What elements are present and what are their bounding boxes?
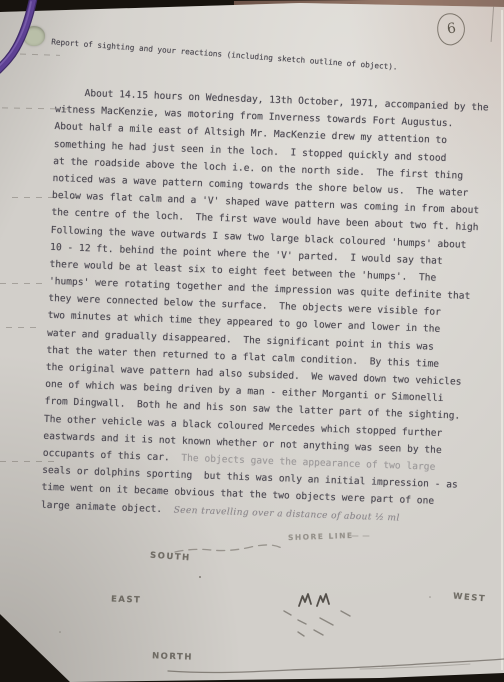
hump-sketch (299, 594, 311, 606)
report-text: About 14.15 hours on Wednesday, 13th Oct… (41, 84, 502, 529)
document-photo: EReport of sighting and your reactions (… (0, 0, 504, 682)
sketch-label-north: NORTH (152, 651, 193, 662)
margin-artifact (12, 197, 78, 198)
sketch-label-south: SOUTH (150, 551, 191, 564)
typed-text: large animate object. (41, 499, 174, 515)
margin-artifact (2, 107, 74, 109)
margin-artifact (0, 461, 58, 462)
margin-artifact (6, 327, 40, 328)
shore-line-sketch (175, 545, 283, 552)
paper-crease (491, 2, 495, 42)
handwritten-note: Seen travelling over a distance of about… (174, 505, 400, 523)
shoreline-sketch (168, 659, 504, 673)
sketch-label-west: WEST (453, 592, 487, 605)
sketch-label-east: EAST (111, 594, 142, 605)
margin-artifact (0, 283, 48, 284)
sketch-label-shore-line: SHORE LINE (288, 531, 354, 542)
page-number: 6 (445, 20, 456, 37)
typed-text: occupants of this car. (43, 448, 170, 464)
wake-sketch (284, 611, 350, 636)
page-number-circle: 6 (434, 10, 469, 48)
form-field-text: Report of sighting and your reactions (i… (51, 37, 398, 71)
hump-sketch (317, 594, 329, 606)
paper: EReport of sighting and your reactions (… (0, 0, 504, 682)
treasury-tag-cord (0, 0, 70, 90)
